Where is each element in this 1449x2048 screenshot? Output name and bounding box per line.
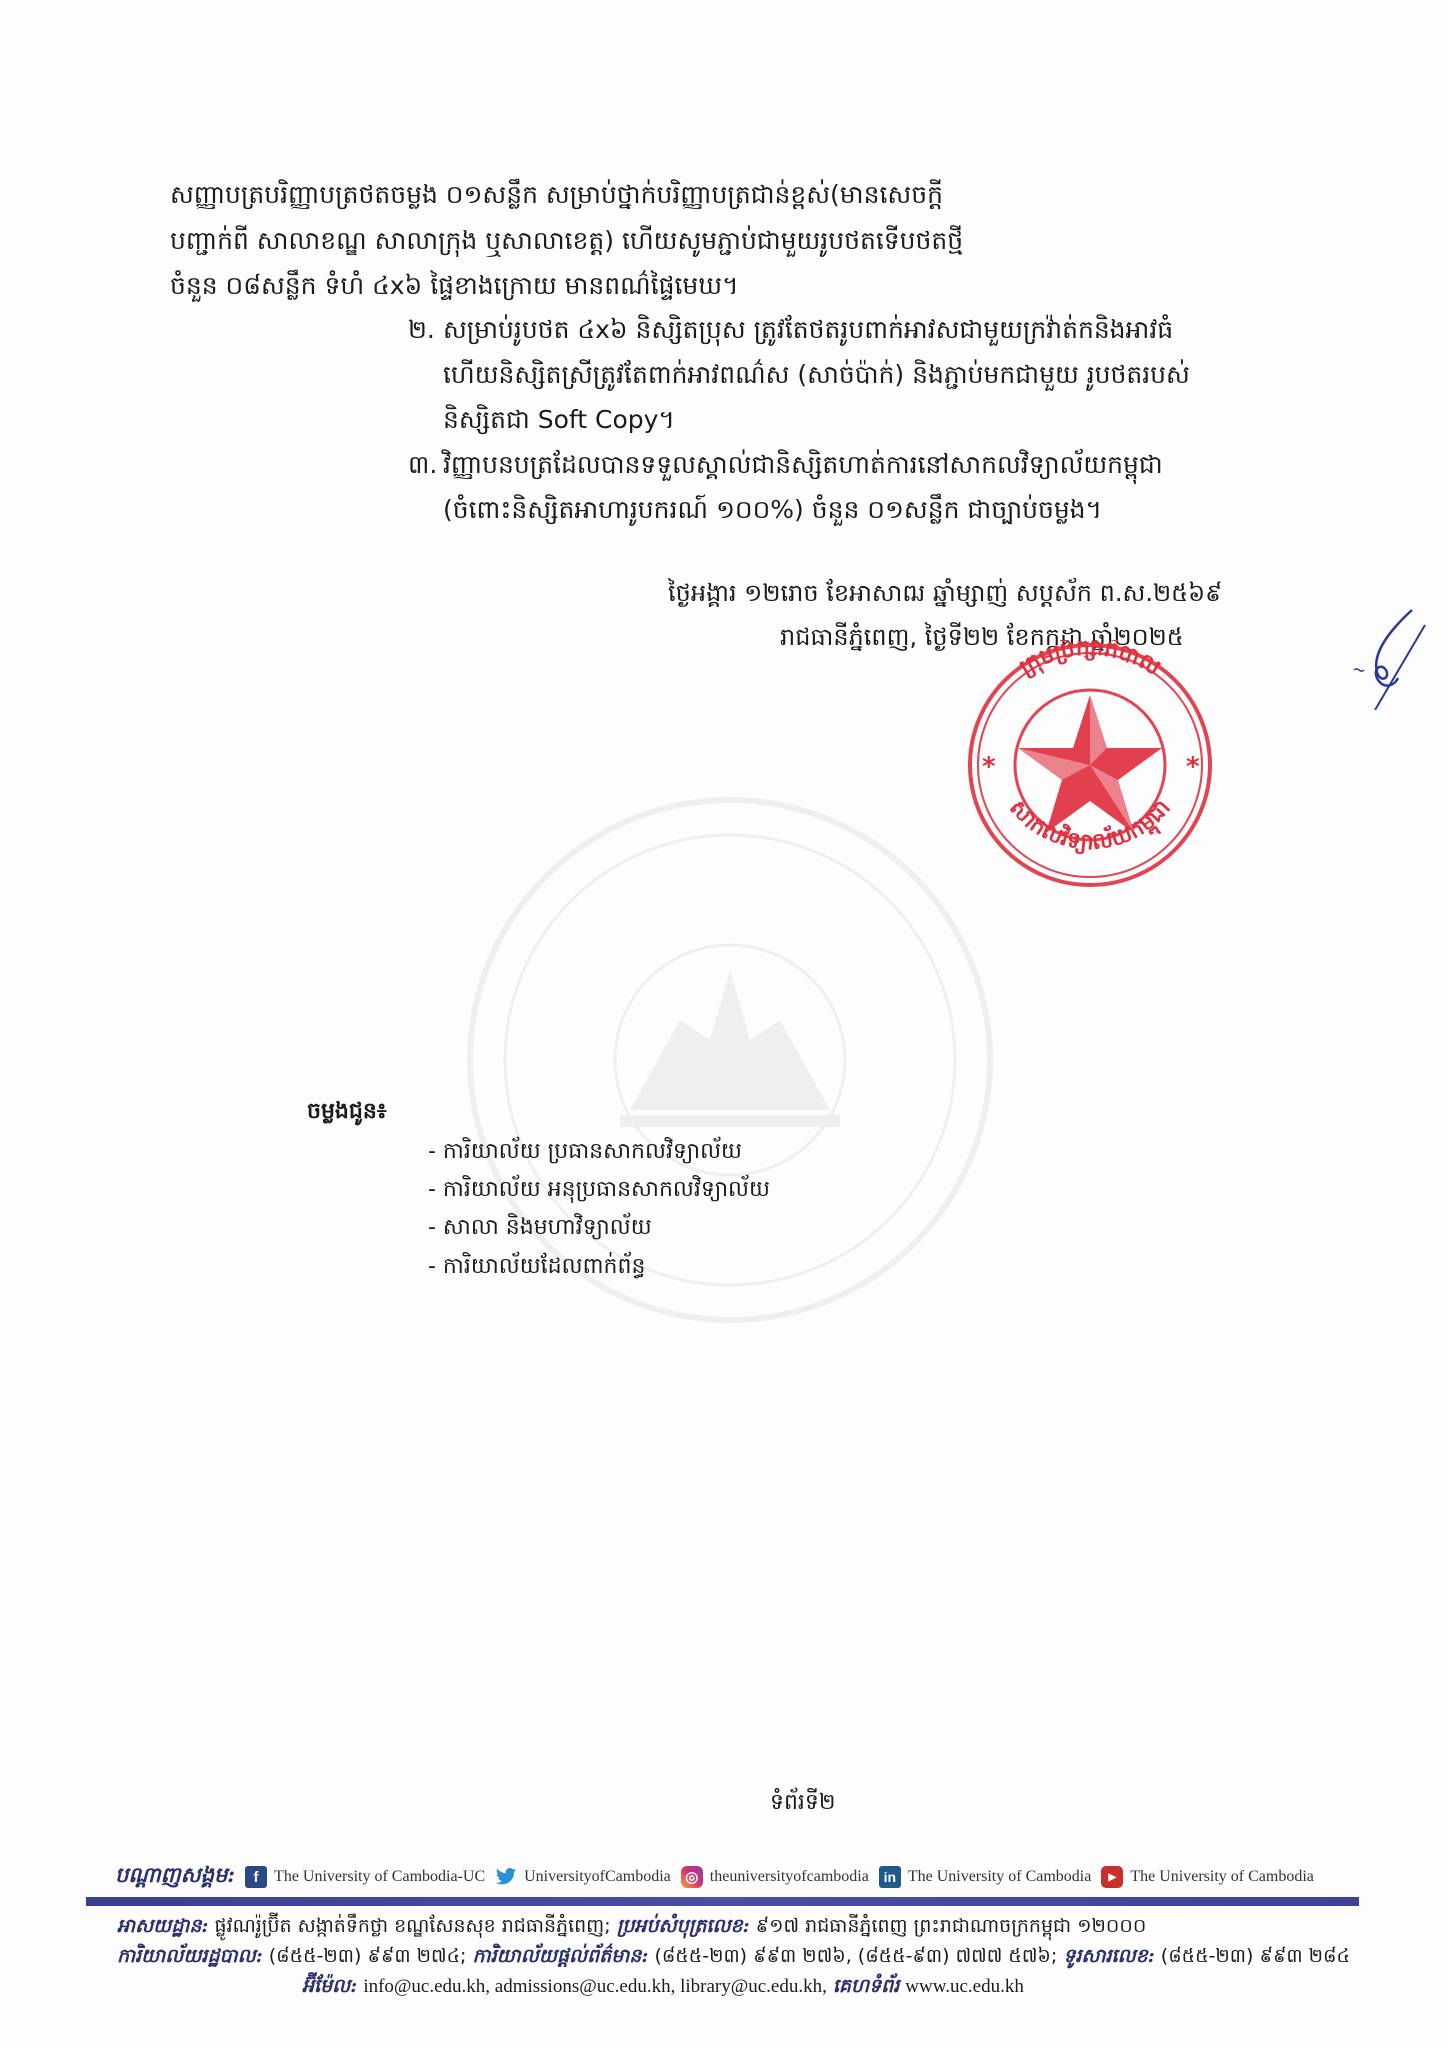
svg-text:*: * [1186,752,1200,782]
phone-line: ការិយាល័យរដ្ឋបាល: (៨៥៥-២៣) ៩៩៣ ២៧៤; ការិ… [117,1944,1350,1972]
item3-line-1: វិញ្ញាបនបត្រដែលបានទទួលស្គាល់ជានិស្សិតហាត… [443,442,1163,487]
info-office-label: ការិយាល័យផ្តល់ព័ត៌មាន: [473,1945,649,1967]
pobox-label: ប្រអប់សំបុត្រលេខ: [617,1915,750,1937]
social-media-row: បណ្តាញសង្គម: f The University of Cambodi… [115,1862,1324,1892]
item3-line-2: (ចំពោះនិស្សិតអាហារូបករណ៍ ១០០%) ចំនួន ០១ស… [443,487,1102,532]
page-number: ទំព័រទី២ [770,1788,836,1820]
social-linkedin-text: The University of Cambodia [908,1868,1092,1886]
lunar-date: ថ្ងៃអង្គារ ១២រោច ខែអាសាឍ ឆ្នាំម្សាញ់ សប្… [668,578,1222,613]
item2-number: ២. [408,307,435,352]
admin-office-label: ការិយាល័យរដ្ឋបាល: [117,1945,263,1967]
item2-line-3: និស្សិតជា Soft Copy។ [443,397,675,442]
social-instagram-text: theuniversityofcambodia [710,1868,869,1886]
facebook-icon: f [245,1866,267,1888]
official-seal: ក្រុមប្រឹក្សាភិបាល សាកលវិទ្យាល័យកម្ពុជា … [940,640,1240,890]
social-youtube[interactable]: ▶ The University of Cambodia [1101,1866,1314,1888]
seal-top-text: ក្រុមប្រឹក្សាភិបាល [1015,640,1164,683]
item1-line-2: បញ្ជាក់ពី សាលាខណ្ឌ សាលាក្រុង ឬសាលាខេត្ត)… [170,218,963,263]
document-page: សញ្ញាបត្របរិញ្ញាបត្រថតចម្លង ០១សន្លឹក សម្… [0,0,1449,2048]
fax-label: ទូរសារលេខ: [1063,1945,1154,1967]
item1-line-3: ចំនួន ០៨សន្លឹក ទំហំ ៤x៦ ផ្ទៃខាងក្រោយ មាន… [170,263,739,308]
svg-text:*: * [982,752,996,782]
email-label: អ៊ីម៉ែល: [302,1975,357,1997]
cc-item: - ការិយាល័យដែលពាក់ព័ន្ធ [428,1252,645,1284]
contact-line: អ៊ីម៉ែល: info@uc.edu.kh, admissions@uc.e… [302,1974,1024,2002]
signature [1330,600,1430,710]
item2-line-2: ហើយនិស្សិតស្រីត្រូវតែពាក់អាវពណ៌ស (សាច់ប៉… [443,352,1190,397]
website-link[interactable]: www.uc.edu.kh [905,1976,1024,1997]
address-label: អាសយដ្ឋាន: [117,1915,208,1937]
footer-divider-bar [86,1897,1359,1906]
social-linkedin[interactable]: in The University of Cambodia [879,1866,1092,1888]
social-facebook-text: The University of Cambodia-UC [274,1868,485,1886]
youtube-icon: ▶ [1101,1866,1123,1888]
website-label: គេហទំព័រ [833,1975,899,1997]
cc-item: - ការិយាល័យ ប្រធានសាកលវិទ្យាល័យ [428,1137,742,1169]
cc-item: - ការិយាល័យ អនុប្រធានសាកលវិទ្យាល័យ [428,1175,770,1207]
cc-title: ចម្លងជូន៖ [307,1097,387,1129]
address-line: អាសយដ្ឋាន: ផ្លូវណរ៉ូប្រ៊ីត សង្កាត់ទឹកថ្ល… [117,1914,1146,1942]
social-instagram[interactable]: ◎ theuniversityofcambodia [681,1866,869,1888]
fax-value: (៨៥៥-២៣) ៩៩៣ ២៨៤ [1161,1945,1350,1967]
instagram-icon: ◎ [681,1866,703,1888]
social-youtube-text: The University of Cambodia [1130,1868,1314,1886]
svg-text:សាកលវិទ្យាល័យកម្ពុជា: សាកលវិទ្យាល័យកម្ពុជា [1004,795,1175,855]
seal-bottom-text: សាកលវិទ្យាល័យកម្ពុជា [1004,795,1175,855]
linkedin-icon: in [879,1866,901,1888]
svg-text:ក្រុមប្រឹក្សាភិបាល: ក្រុមប្រឹក្សាភិបាល [1015,640,1164,683]
social-facebook[interactable]: f The University of Cambodia-UC [245,1866,485,1888]
address-value: ផ្លូវណរ៉ូប្រ៊ីត សង្កាត់ទឹកថ្លា ខណ្ឌសែនសុ… [214,1915,610,1937]
twitter-icon [495,1866,517,1888]
admin-office-phone: (៨៥៥-២៣) ៩៩៣ ២៧៤; [269,1945,467,1967]
email-links[interactable]: info@uc.edu.kh, admissions@uc.edu.kh, li… [363,1976,827,1997]
info-office-phone: (៨៥៥-២៣) ៩៩៣ ២៧៦, (៨៥៥-៩៣) ៧៧៧ ៥៧៦; [654,1945,1057,1967]
item3-number: ៣. [408,442,437,487]
item1-line-1: សញ្ញាបត្របរិញ្ញាបត្រថតចម្លង ០១សន្លឹក សម្… [170,172,943,217]
social-twitter[interactable]: UniversityofCambodia [495,1866,671,1888]
pobox-value: ៩១៧ រាជធានីភ្នំពេញ ព្រះរាជាណាចក្រកម្ពុជា… [756,1915,1147,1937]
cc-item: - សាលា និងមហាវិទ្យាល័យ [428,1213,652,1245]
social-label: បណ្តាញសង្គម: [115,1862,235,1893]
item2-line-1: សម្រាប់រូបថត ៤x៦ និស្សិតប្រុស ត្រូវតែថតរ… [443,307,1173,352]
social-twitter-text: UniversityofCambodia [524,1868,671,1886]
